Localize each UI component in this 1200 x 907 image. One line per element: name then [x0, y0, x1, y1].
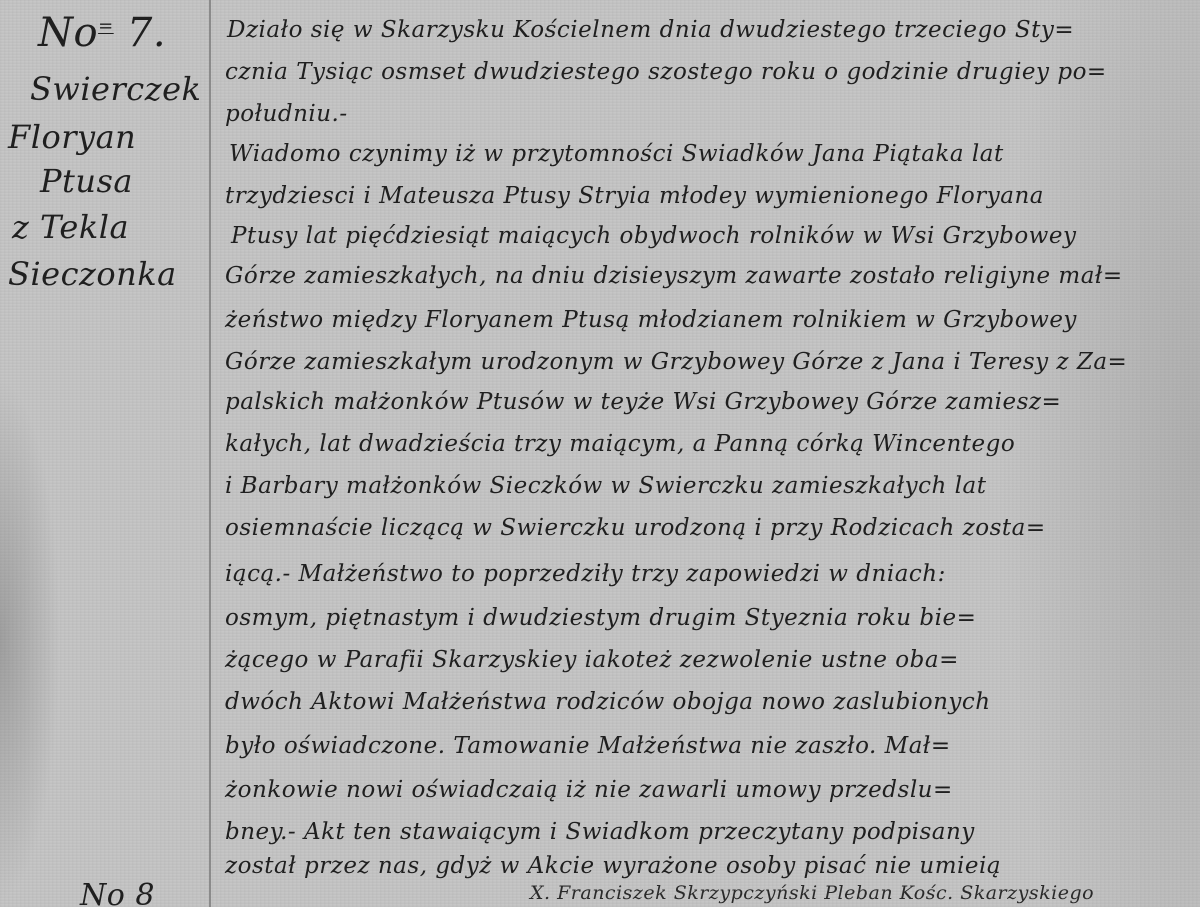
priest-signature: X. Franciszek Skrzypczyński Pleban Kośc.… — [530, 882, 1094, 904]
record-line-4: Wiadomo czynimy iż w przytomności Swiadk… — [229, 140, 1004, 168]
record-line-17: dwóch Aktowi Małżeństwa rodziców obojga … — [225, 688, 991, 716]
record-line-7: Górze zamieszkałych, na dniu dzisieyszym… — [225, 262, 1123, 290]
record-line-16: żącego w Parafii Skarzyskiey iakoteż zez… — [225, 646, 959, 674]
record-line-1: Działo się w Skarzysku Kościelnem dnia d… — [227, 16, 1074, 44]
record-body: Działo się w Skarzysku Kościelnem dnia d… — [225, 0, 1200, 907]
record-line-10: palskich małżonków Ptusów w teyże Wsi Gr… — [225, 388, 1061, 416]
record-line-21: został przez nas, gdyż w Akcie wyrażone … — [225, 852, 1001, 880]
record-line-8: żeństwo między Floryanem Ptusą młodziane… — [225, 306, 1077, 334]
entry-number-prefix: No — [38, 10, 98, 56]
margin-bride-first-name: z Tekla — [12, 208, 129, 246]
record-line-12: i Barbary małżonków Sieczków w Swierczku… — [225, 472, 986, 500]
entry-number-value: 7. — [127, 10, 166, 56]
margin-bride-surname: Sieczonka — [8, 255, 177, 293]
margin-groom-surname: Ptusa — [40, 162, 133, 200]
record-line-14: iącą.- Małżeństwo to poprzedziły trzy za… — [225, 560, 946, 588]
record-line-5: trzydziesci i Mateusza Ptusy Stryia młod… — [225, 182, 1044, 210]
record-line-19: żonkowie nowi oświadczaią iż nie zawarli… — [225, 776, 953, 804]
entry-number: No= 7. — [38, 10, 166, 56]
record-line-6: Ptusy lat pięćdziesiąt maiących obydwoch… — [231, 222, 1076, 250]
record-line-15: osmym, piętnastym i dwudziestym drugim S… — [225, 604, 976, 632]
record-line-11: kałych, lat dwadzieścia trzy maiącym, a … — [225, 430, 1015, 458]
margin-column: No= 7. Swierczek Floryan Ptusa z Tekla S… — [0, 0, 205, 907]
record-line-20: bney.- Akt ten stawaiącym i Swiadkom prz… — [225, 818, 975, 846]
record-line-2: cznia Tysiąc osmset dwudziestego szosteg… — [225, 58, 1107, 86]
record-line-3: południu.- — [225, 100, 348, 128]
next-entry-number: No 8 — [80, 878, 155, 907]
entry-number-mark: = — [98, 16, 114, 37]
record-line-13: osiemnaście liczącą w Swierczku urodzoną… — [225, 514, 1046, 542]
margin-place-name: Swierczek — [30, 70, 201, 108]
margin-rule-line — [209, 0, 211, 907]
record-line-18: było oświadczone. Tamowanie Małżeństwa n… — [225, 732, 951, 760]
record-line-9: Górze zamieszkałym urodzonym w Grzybowey… — [225, 348, 1127, 376]
margin-groom-first-name: Floryan — [8, 118, 136, 156]
